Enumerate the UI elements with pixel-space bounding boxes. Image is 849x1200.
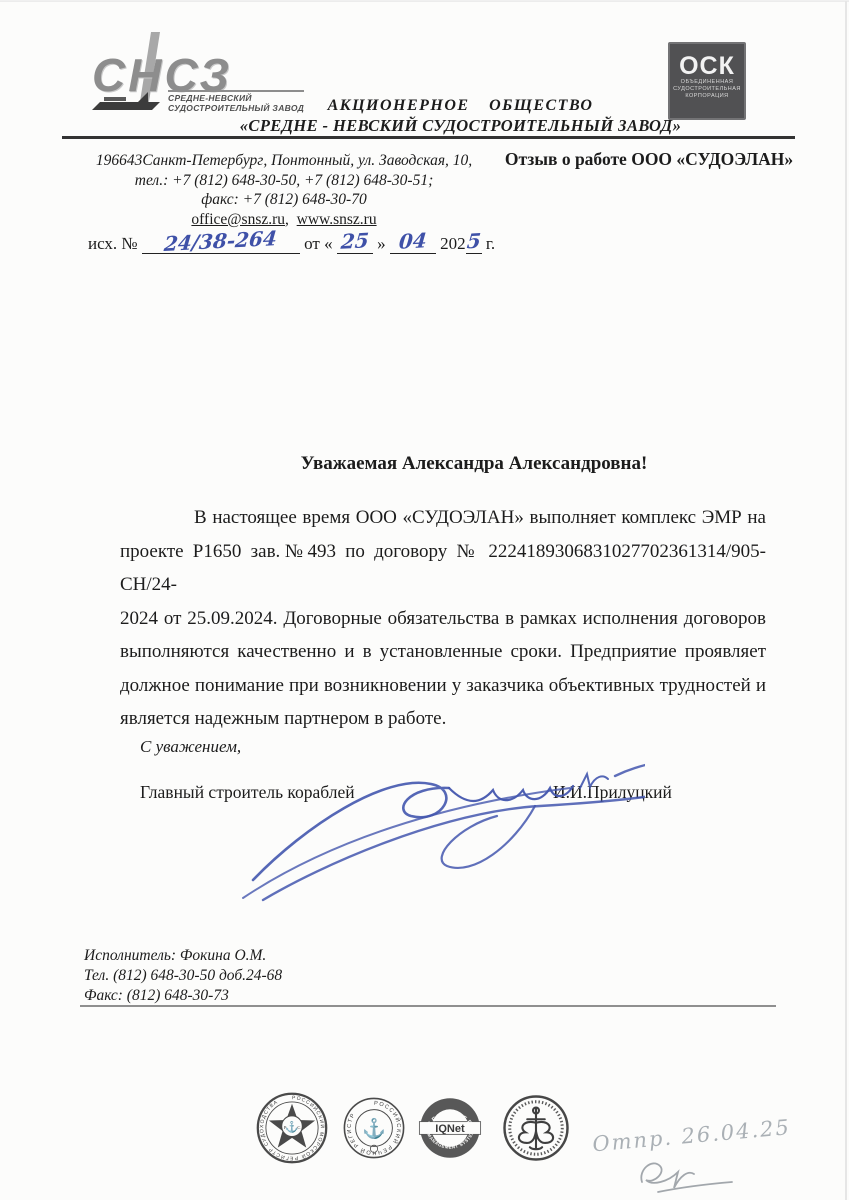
ref-month-blank: 04 [390, 229, 436, 254]
executor-fax: Факс: (812) 648-30-73 [84, 986, 282, 1006]
company-website: www.snsz.ru [297, 211, 377, 228]
contact-block: 196643Санкт-Петербург, Понтонный, ул. За… [68, 151, 500, 229]
company-name-block: АКЦИОНЕРНОЕ ОБЩЕСТВО «СРЕДНЕ - НЕВСКИЙ С… [238, 97, 683, 136]
iqnet-seal-center-text: IQNet [435, 1123, 465, 1135]
river-register-seal: РОССИЙСКИЙ РЕЧНОЙ РЕГИСТР ⚓ [342, 1096, 406, 1160]
company-address: 196643Санкт-Петербург, Понтонный, ул. За… [68, 151, 500, 171]
footer-divider [80, 1005, 776, 1007]
outgoing-ref-line: исх. № 24/38-264 от « 25 » 04 2025 г. [88, 229, 495, 254]
ref-year-printed: 202 [440, 234, 466, 253]
scan-edge-right [845, 0, 847, 1200]
maritime-register-seal: РОССИЙСКИЙ МОРСКОЙ РЕГИСТР СУДОХОДСТВА ⚓… [256, 1092, 328, 1164]
pencil-initials-scrawl [628, 1148, 738, 1198]
osk-sub-line1: ОБЪЕДИНЕННАЯ [670, 79, 744, 86]
company-fax: факс: +7 (812) 648-30-70 [68, 190, 500, 210]
company-name-line1: АКЦИОНЕРНОЕ ОБЩЕСТВО [238, 97, 683, 115]
comma: , [285, 211, 289, 228]
ref-suffix: г. [486, 234, 495, 253]
body-line: является надежным партнером в работе. [120, 702, 766, 736]
ref-day-blank: 25 [337, 229, 373, 254]
handwritten-ref-number: 24/38-264 [163, 226, 278, 256]
svg-text:С: С [297, 1125, 300, 1130]
company-email: office@snsz.ru [191, 211, 285, 228]
salutation: Уважаемая Александра Александровна! [120, 453, 780, 475]
company-web-line: office@snsz.ru, www.snsz.ru [68, 210, 500, 230]
ref-quote-close: » [377, 234, 386, 253]
executor-phone: Тел. (812) 648-30-50 доб.24-68 [84, 966, 282, 986]
company-phones: тел.: +7 (812) 648-30-50, +7 (812) 648-3… [68, 171, 500, 191]
iqnet-seal: IQNet CERTIFIED MANAGEMENT SYSTEM [416, 1094, 484, 1162]
letter-body: В настоящее время ООО «СУДОЭЛАН» выполня… [120, 501, 766, 736]
header-divider [62, 136, 795, 139]
executor-line: Исполнитель: Фокина О.М. [84, 946, 282, 966]
handwritten-day: 25 [340, 228, 370, 254]
company-name-line2: «СРЕДНЕ - НЕВСКИЙ СУДОСТРОИТЕЛЬНЫЙ ЗАВОД… [238, 116, 683, 136]
anchor-icon: ⚓ [362, 1117, 386, 1140]
handwritten-year-digit: 5 [466, 229, 482, 254]
osk-logo-text: ОСК [670, 53, 744, 79]
subject-title: Отзыв о работе ООО «СУДОЭЛАН» [488, 149, 810, 170]
ref-number-blank: 24/38-264 [142, 229, 300, 254]
handwritten-month: 04 [398, 228, 428, 254]
ref-prefix: исх. № [88, 234, 138, 253]
body-line: должное понимание при возникновении у за… [120, 669, 766, 703]
body-line: проекте Р1650 зав.№493 по договору № 222… [120, 535, 766, 602]
scanned-letter-page: СНСЗ СРЕДНЕ-НЕВСКИЙ СУДОСТРОИТЕЛЬНЫЙ ЗАВ… [0, 0, 849, 1200]
osk-sub-line2: СУДОСТРОИТЕЛЬНАЯ [670, 86, 744, 93]
body-line: выполняются качественно и в установленны… [120, 635, 766, 669]
ornamental-register-seal [501, 1093, 571, 1163]
maritime-seal-year: 1913 [287, 1143, 297, 1148]
ref-year-blank: 5 [466, 229, 482, 254]
body-line: 2024 от 25.09.2024. Договорные обязатель… [120, 602, 766, 636]
footer-block: Исполнитель: Фокина О.М. Тел. (812) 648-… [84, 946, 282, 1006]
scan-edge-top [0, 0, 849, 1]
ref-from: от « [304, 234, 332, 253]
ornamental-anchor-shape [519, 1108, 553, 1150]
body-line: В настоящее время ООО «СУДОЭЛАН» выполня… [120, 501, 766, 535]
ship-icon [90, 88, 168, 114]
closing-phrase: С уважением, [140, 737, 241, 757]
handwritten-signature [235, 748, 645, 908]
